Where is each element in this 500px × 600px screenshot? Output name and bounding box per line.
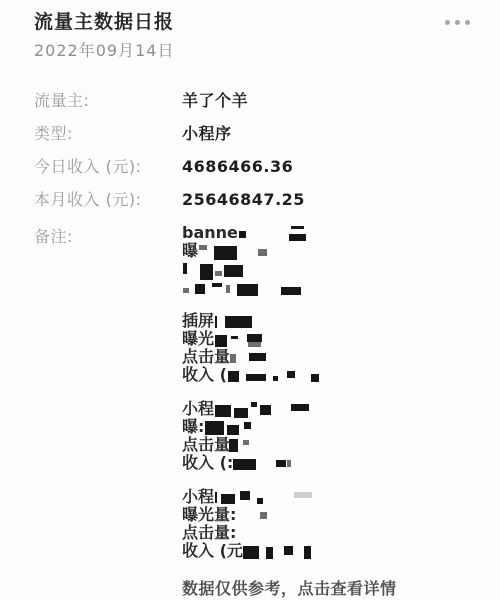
redaction-mosaic: [273, 376, 278, 381]
field-row-type: 类型: 小程序: [34, 125, 470, 143]
redaction-mosaic: [215, 271, 222, 276]
remark-line-text: 点击量: [182, 435, 230, 454]
redaction-mosaic: [284, 546, 293, 555]
remark-block: 小程曝:点击量收入 (:: [182, 400, 397, 472]
remark-block: banne曝: [182, 224, 397, 296]
card-header: 流量主数据日报: [34, 10, 470, 34]
field-label: 本月收入 (元):: [34, 191, 182, 209]
remark-blocks: banne曝插屏曝光点击量收入 (小程曝:点击量收入 (:小程曝光量:点击量:收…: [182, 224, 397, 560]
field-value: 小程序: [182, 125, 232, 143]
remark-line: banne: [182, 224, 397, 242]
redaction-mosaic: [233, 459, 256, 470]
redaction-mosaic: [214, 246, 237, 260]
field-label: 今日收入 (元):: [34, 158, 182, 176]
redaction-mosaic: [243, 440, 249, 445]
redaction-mosaic: [230, 354, 236, 363]
redaction-mosaic: [234, 408, 248, 418]
redaction-mosaic: [260, 512, 267, 519]
redaction-mosaic: [249, 353, 266, 361]
dot-icon: [465, 20, 470, 25]
redaction-mosaic: [311, 374, 319, 382]
remark-line: 小程: [182, 488, 397, 506]
dot-icon: [445, 20, 450, 25]
remark-line-text: 小程: [182, 487, 214, 506]
remark-line-text: 点击量:: [182, 523, 236, 542]
redaction-mosaic: [212, 283, 222, 287]
redaction-mosaic: [225, 316, 252, 328]
remark-label: 备注:: [34, 224, 182, 599]
redaction-mosaic: [304, 546, 311, 559]
redaction-mosaic: [240, 491, 250, 500]
redaction-mosaic: [289, 234, 306, 241]
report-date: 2022年09月14日: [34, 42, 470, 60]
remark-line-text: 收入 (: [182, 365, 227, 384]
remark-line: [182, 278, 397, 296]
remark-row: 备注: banne曝插屏曝光点击量收入 (小程曝:点击量收入 (:小程曝光量:点…: [34, 224, 470, 599]
remark-content: banne曝插屏曝光点击量收入 (小程曝:点击量收入 (:小程曝光量:点击量:收…: [182, 224, 397, 599]
remark-line: 收入 (元: [182, 542, 397, 560]
redaction-mosaic: [215, 492, 217, 503]
remark-line: 曝: [182, 242, 397, 260]
remark-line-text: 小程: [182, 399, 214, 418]
remark-line-text: 收入 (:: [182, 453, 233, 472]
redaction-mosaic: [287, 460, 291, 467]
redaction-mosaic: [215, 405, 231, 417]
redaction-mosaic: [291, 404, 309, 411]
field-list: 流量主: 羊了个羊 类型: 小程序 今日收入 (元): 4686466.36 本…: [34, 92, 470, 209]
field-label: 类型:: [34, 125, 182, 143]
remark-line: 曝:: [182, 418, 397, 436]
remark-line: 收入 (: [182, 366, 397, 384]
redaction-mosaic: [294, 492, 312, 498]
remark-line: 曝光量:: [182, 506, 397, 524]
remark-block: 小程曝光量:点击量:收入 (元: [182, 488, 397, 560]
redaction-mosaic: [227, 425, 239, 435]
redaction-mosaic: [247, 334, 262, 342]
remark-line-text: 曝:: [182, 417, 204, 436]
redaction-mosaic: [183, 288, 189, 293]
remark-line: 小程: [182, 400, 397, 418]
remark-line: 点击量: [182, 348, 397, 366]
redaction-mosaic: [231, 336, 238, 339]
redaction-mosaic: [266, 547, 273, 559]
field-label: 流量主:: [34, 92, 182, 110]
remark-line-text: 收入 (元: [182, 541, 243, 560]
view-details-hint[interactable]: 数据仅供参考，点击查看详情: [182, 576, 397, 599]
remark-line-text: 曝: [182, 241, 198, 260]
field-row-traffic-owner: 流量主: 羊了个羊: [34, 92, 470, 110]
redaction-mosaic: [287, 371, 295, 378]
redaction-mosaic: [258, 249, 267, 256]
daily-report-card[interactable]: 流量主数据日报 2022年09月14日 流量主: 羊了个羊 类型: 小程序 今日…: [0, 0, 500, 600]
redaction-mosaic: [276, 460, 286, 467]
redaction-mosaic: [281, 287, 301, 295]
redaction-mosaic: [205, 421, 224, 435]
redaction-mosaic: [200, 264, 213, 280]
redaction-mosaic: [229, 439, 238, 452]
field-value: 4686466.36: [182, 158, 293, 176]
field-value: 25646847.25: [182, 191, 305, 209]
redaction-mosaic: [246, 374, 266, 381]
remark-line-text: 插屏: [182, 311, 214, 330]
remark-line: 曝光: [182, 330, 397, 348]
redaction-mosaic: [228, 371, 239, 382]
redaction-mosaic: [244, 422, 251, 429]
redaction-mosaic: [248, 342, 261, 347]
redaction-mosaic: [221, 494, 235, 504]
field-row-today-income: 今日收入 (元): 4686466.36: [34, 158, 470, 176]
redaction-mosaic: [243, 546, 259, 559]
redaction-mosaic: [215, 316, 217, 328]
remark-line: 点击量: [182, 436, 397, 454]
remark-line-text: 曝光: [182, 329, 214, 348]
redaction-mosaic: [226, 285, 230, 293]
remark-line: [182, 260, 397, 278]
redaction-mosaic: [260, 405, 271, 415]
redaction-mosaic: [291, 226, 304, 229]
redaction-mosaic: [183, 263, 187, 274]
remark-line: 插屏: [182, 312, 397, 330]
remark-line: 收入 (:: [182, 454, 397, 472]
redaction-mosaic: [215, 335, 227, 347]
redaction-mosaic: [251, 402, 257, 407]
remark-line-text: 点击量: [182, 347, 230, 366]
more-options-icon[interactable]: [445, 10, 470, 25]
dot-icon: [455, 20, 460, 25]
remark-block: 插屏曝光点击量收入 (: [182, 312, 397, 384]
field-row-month-income: 本月收入 (元): 25646847.25: [34, 191, 470, 209]
field-value: 羊了个羊: [182, 92, 248, 110]
redaction-mosaic: [199, 245, 207, 250]
redaction-mosaic: [257, 498, 263, 504]
remark-line: 点击量:: [182, 524, 397, 542]
redaction-mosaic: [239, 231, 246, 238]
redaction-mosaic: [224, 265, 243, 277]
page-title: 流量主数据日报: [34, 10, 174, 34]
remark-line-text: 曝光量:: [182, 505, 236, 524]
redaction-mosaic: [195, 284, 205, 294]
redaction-mosaic: [237, 284, 258, 296]
remark-line-text: banne: [182, 223, 238, 242]
